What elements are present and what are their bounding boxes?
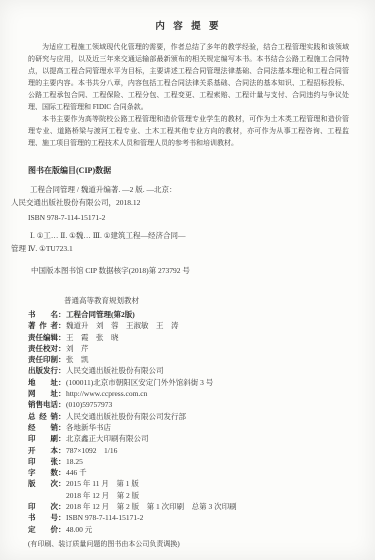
info-row-label: 出版发行 [28, 365, 58, 376]
publication-info-row: 定价：48.00 元 [28, 524, 349, 535]
info-row-value: 787×1092 1/16 [66, 446, 117, 455]
info-row-label: 印张 [28, 456, 58, 467]
info-row-colon: ： [58, 501, 66, 512]
info-row-value: 人民交通出版社股份有限公司 [66, 366, 164, 375]
info-row-colon: ： [58, 399, 66, 410]
info-row-label: 经销 [28, 422, 58, 433]
info-row-colon: ： [58, 512, 66, 523]
info-row-label: 著作者 [28, 320, 58, 331]
publication-info-row: 书号：ISBN 978-7-114-15171-2 [28, 512, 349, 523]
info-row-colon: ： [58, 365, 66, 376]
info-row-value: 刘 芹 [66, 344, 89, 353]
cip-header: 图书在版编目(CIP)数据 [28, 165, 349, 176]
info-row-colon: ： [58, 332, 66, 343]
content-summary-title: 内 容 提 要 [28, 18, 349, 32]
info-row-label: 定价 [28, 524, 58, 535]
info-row-label: 印刷 [28, 433, 58, 444]
publication-info-row: 责任编辑：王 霞 张 晓 [28, 332, 349, 343]
info-row-colon: ： [58, 320, 66, 331]
info-row-label: 网址 [28, 388, 58, 399]
copyright-page: 内 容 提 要 为适应工程施工领域现代化管理的需要，作者总结了多年的教学经验，结… [0, 0, 375, 560]
info-row-colon: ： [58, 422, 66, 433]
info-row-colon: ： [58, 343, 66, 354]
info-row-colon: ： [58, 467, 66, 478]
info-row-label: 地址 [28, 377, 58, 388]
cip-block: 工程合同管理 / 魏道升编著. —2 版. —北京： 人民交通出版社股份有限公司… [11, 183, 349, 277]
cip-classification-line-2: 管理 Ⅳ. ①TU723.1 [11, 242, 349, 255]
publication-info-row: 印张：18.25 [28, 456, 349, 467]
info-row-value: (010)59757973 [66, 400, 112, 409]
info-row-value: 446 千 [66, 468, 87, 477]
publication-info-row: 字数：446 千 [28, 467, 349, 478]
info-row-colon: ： [58, 456, 66, 467]
publication-info-row: 印次：2018 年 12 月 第 2 版 第 1 次印刷 总第 3 次印刷 [28, 501, 349, 512]
info-row-label: 印次 [28, 501, 58, 512]
info-row-colon: ： [58, 377, 66, 388]
info-row-value: 2018 年 12 月 第 2 版 第 1 次印刷 总第 3 次印刷 [66, 502, 237, 511]
info-row-colon: ： [58, 478, 66, 489]
info-row-label: 责任校对 [28, 343, 58, 354]
publication-info-row: 开本：787×1092 1/16 [28, 445, 349, 456]
info-row-label: 总经销 [28, 411, 58, 422]
info-row-value: 北京鑫正大印刷有限公司 [66, 434, 149, 443]
info-row-value: 人民交通出版社股份有限公司发行部 [66, 412, 186, 421]
info-row-value: http://www.ccpress.com.cn [66, 389, 147, 398]
info-row-colon: ： [58, 433, 66, 444]
info-row-label: 责任印制 [28, 354, 58, 365]
cip-record-number-line: 中国版本图书馆 CIP 数据核字(2018)第 273792 号 [11, 264, 349, 277]
publication-info-row: 书名：工程合同管理(第2版) [28, 309, 349, 320]
info-row-value: 48.00 元 [66, 525, 92, 534]
summary-paragraph-2: 本书主要作为高等院校公路工程管理和造价管理专业学生的教材，可作为土木类工程管理和… [28, 113, 349, 149]
summary-paragraph-1: 为适应工程施工领域现代化管理的需要，作者总结了多年的教学经验，结合工程管理实践和… [28, 41, 349, 113]
publication-info-row: 网址：http://www.ccpress.com.cn [28, 388, 349, 399]
info-row-colon: ： [58, 445, 66, 456]
cip-classification-line-1: Ⅰ. ①工… Ⅱ. ①魏… Ⅲ. ①建筑工程—经济合同— [11, 229, 349, 242]
publication-info-row: 地址：(100011)北京市朝阳区安定门外外馆斜街 3 号 [28, 377, 349, 388]
info-row-label: 责任编辑 [28, 332, 58, 343]
info-row-colon: ： [58, 388, 66, 399]
info-row-value: 2015 年 11 月 第 1 版 [66, 479, 139, 488]
info-row-label: 书名 [28, 309, 58, 320]
cip-title-line: 工程合同管理 / 魏道升编著. —2 版. —北京： [11, 183, 349, 196]
info-row-value: 张 凯 [66, 355, 89, 364]
info-row-value: 工程合同管理(第2版) [66, 310, 135, 319]
info-row-label: 书号 [28, 512, 58, 523]
info-row-value: 王 霞 张 晓 [66, 333, 119, 342]
publication-info-row: 总经销：人民交通出版社股份有限公司发行部 [28, 411, 349, 422]
info-row-colon: ： [58, 411, 66, 422]
info-row-value: 魏道升 刘 蓉 王淑敏 王 涛 [66, 321, 179, 330]
publication-info-row: 2018 年 12 月 第 2 版 [28, 490, 349, 501]
publication-info-row: 销售电话：(010)59757973 [28, 399, 349, 410]
info-row-value: 18.25 [66, 457, 83, 466]
publication-info-row: 责任校对：刘 芹 [28, 343, 349, 354]
info-row-label: 销售电话 [28, 399, 58, 410]
publication-info-table: 书名：工程合同管理(第2版) 著作者：魏道升 刘 蓉 王淑敏 王 涛 责任编辑：… [28, 309, 349, 535]
info-row-colon: ： [58, 309, 66, 320]
info-row-value: 各地新华书店 [66, 423, 111, 432]
cip-publisher-line: 人民交通出版社股份有限公司，2018.12 [11, 196, 349, 209]
info-row-label: 版次 [28, 478, 58, 489]
info-row-label: 字数 [28, 467, 58, 478]
content-summary: 为适应工程施工领域现代化管理的需要，作者总结了多年的教学经验，结合工程管理实践和… [28, 41, 349, 149]
cip-isbn-line: ISBN 978-7-114-15171-2 [11, 211, 349, 224]
info-row-value: ISBN 978-7-114-15171-2 [66, 513, 143, 522]
series-label: 普通高等教育规划教材 [64, 295, 349, 306]
publication-info-row: 责任印制：张 凯 [28, 354, 349, 365]
publication-info-row: 出版发行：人民交通出版社股份有限公司 [28, 365, 349, 376]
publication-info-row: 著作者：魏道升 刘 蓉 王淑敏 王 涛 [28, 320, 349, 331]
info-row-value: (100011)北京市朝阳区安定门外外馆斜街 3 号 [66, 378, 213, 387]
info-row-colon: ： [58, 354, 66, 365]
info-row-colon: ： [58, 524, 66, 535]
publication-info-row: 版次：2015 年 11 月 第 1 版 [28, 478, 349, 489]
publication-info-row: 经销：各地新华书店 [28, 422, 349, 433]
info-row-value: 2018 年 12 月 第 2 版 [66, 491, 139, 500]
quality-note: (有印刷、装订质量问题的图书由本公司负责调换) [28, 539, 349, 549]
info-row-label: 开本 [28, 445, 58, 456]
publication-info-row: 印刷：北京鑫正大印刷有限公司 [28, 433, 349, 444]
